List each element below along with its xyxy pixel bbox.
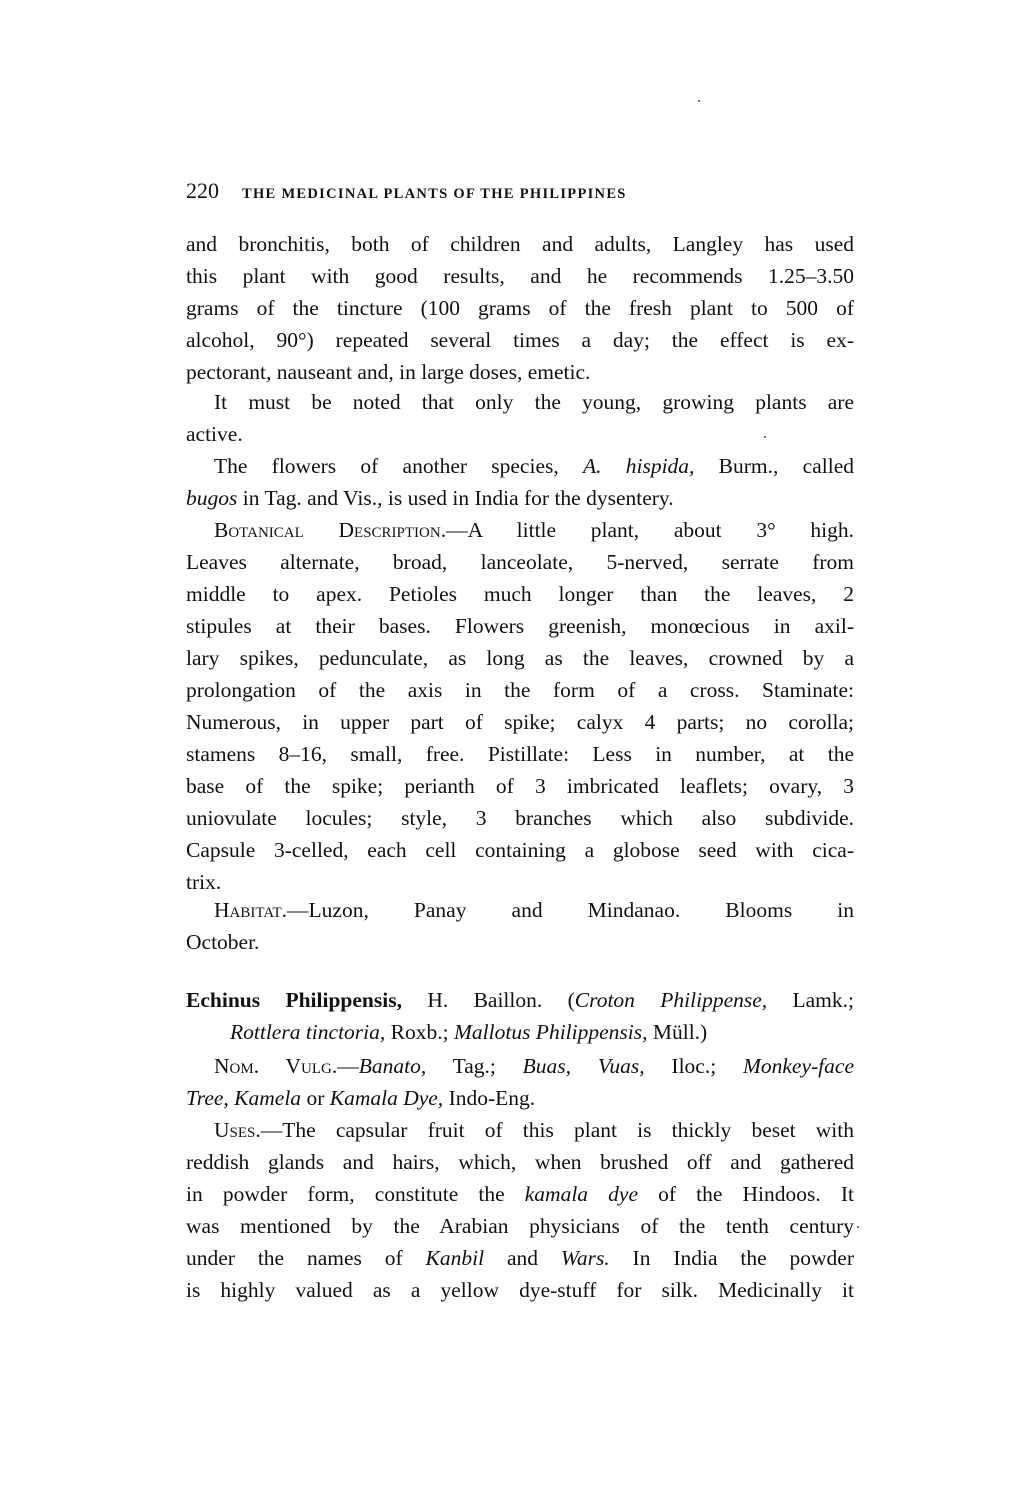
text-run: In India the powder [610,1246,854,1270]
text-line: Uses.—The capsular fruit of this plant i… [214,1114,854,1146]
text-line: middle to apex. Petioles much longer tha… [186,578,854,610]
print-speck [698,100,700,102]
text-line: was mentioned by the Arabian physicians … [186,1210,854,1242]
text-line: Botanical Description.—A little plant, a… [214,514,854,546]
text-line: Tree, Kamela or Kamala Dye, Indo-Eng. [186,1082,854,1114]
text-line: reddish glands and hairs, which, when br… [186,1146,854,1178]
section-heading-nom-vulg: Nom. Vulg. [214,1054,337,1078]
text-run: Indo-Eng. [443,1086,535,1110]
text-line: alcohol, 90°) repeated several times a d… [186,324,854,356]
running-head: 220 THE MEDICINAL PLANTS OF THE PHILIPPI… [186,178,866,208]
species-title: Echinus Philippensis, [186,988,402,1012]
vernacular-name: Buas, Vuas, [523,1054,645,1078]
text-run: and [484,1246,561,1270]
text-line: lary spikes, pedunculate, as long as the… [186,642,854,674]
text-line: stamens 8–16, small, free. Pistillate: L… [186,738,854,770]
historic-name: Wars. [561,1246,610,1270]
running-title: THE MEDICINAL PLANTS OF THE PHILIPPINES [242,186,627,202]
text-line: in powder form, constitute the kamala dy… [186,1178,854,1210]
vernacular-name: Tree, Kamela [186,1086,301,1110]
text-run: — [337,1054,359,1078]
text-run: Müll.) [647,1020,707,1044]
text-line: Rottlera tinctoria, Roxb.; Mallotus Phil… [230,1016,830,1048]
vernacular-name: Banato, [359,1054,426,1078]
species-heading: Echinus Philippensis, H. Baillon. (Croto… [186,984,854,1016]
vernacular-name: Monkey-face [743,1054,854,1078]
text-line: this plant with good results, and he rec… [186,260,854,292]
synonym: Rottlera tinctoria, [230,1020,385,1044]
text-run: —Luzon, Panay and Mindanao. Blooms in [287,898,854,922]
text-line: prolongation of the axis in the form of … [186,674,854,706]
text-run: Lamk.; [767,988,854,1012]
text-run: —A little plant, about 3° high. [446,518,854,542]
text-run: Burm., called [694,454,854,478]
text-line: is highly valued as a yellow dye-stuff f… [186,1274,854,1306]
synonym: Croton Philippense, [575,988,767,1012]
vernacular-name: bugos [186,486,237,510]
section-heading-uses: Uses. [214,1118,261,1142]
text-line: stipules at their bases. Flowers greenis… [186,610,854,642]
dye-name: kamala dye [525,1182,638,1206]
section-heading-botanical: Botanical Description. [214,518,446,542]
text-run: in powder form, constitute the [186,1182,525,1206]
text-line: Capsule 3-celled, each cell containing a… [186,834,854,866]
species-name: A. hispida, [583,454,694,478]
text-run: of the Hindoos. It [638,1182,854,1206]
text-line: Habitat.—Luzon, Panay and Mindanao. Bloo… [214,894,854,926]
text-run: The flowers of another species, [214,454,583,478]
print-speck [857,1226,859,1228]
historic-name: Kanbil [426,1246,485,1270]
text-line: It must be noted that only the young, gr… [214,386,854,418]
text-run: H. Baillon. ( [402,988,575,1012]
text-line: October. [186,926,854,958]
text-line: base of the spike; perianth of 3 imbrica… [186,770,854,802]
text-line: grams of the tincture (100 grams of the … [186,292,854,324]
text-line: Leaves alternate, broad, lanceolate, 5-n… [186,546,854,578]
text-line: The flowers of another species, A. hispi… [214,450,854,482]
text-line: uniovulate locules; style, 3 branches wh… [186,802,854,834]
vernacular-name: Kamala Dye, [330,1086,443,1110]
text-run: Roxb.; [385,1020,454,1044]
text-line: bugos in Tag. and Vis., is used in India… [186,482,854,514]
text-line: and bronchitis, both of children and adu… [186,228,854,260]
document-page: 220 THE MEDICINAL PLANTS OF THE PHILIPPI… [0,0,1010,1506]
page-number: 220 [186,178,219,203]
text-run: Tag.; [426,1054,522,1078]
text-run: or [301,1086,330,1110]
text-line: pectorant, nauseant and, in large doses,… [186,356,854,388]
text-run: —The capsular fruit of this plant is thi… [261,1118,854,1142]
text-run: in Tag. and Vis., is used in India for t… [237,486,673,510]
text-run: under the names of [186,1246,426,1270]
synonym: Mallotus Philippensis, [454,1020,648,1044]
text-line: under the names of Kanbil and Wars. In I… [186,1242,854,1274]
text-line: Nom. Vulg.—Banato, Tag.; Buas, Vuas, Ilo… [214,1050,854,1082]
text-line: active. [186,418,854,450]
section-heading-habitat: Habitat. [214,898,287,922]
text-line: Numerous, in upper part of spike; calyx … [186,706,854,738]
text-run: Iloc.; [645,1054,743,1078]
print-speck [764,436,766,438]
